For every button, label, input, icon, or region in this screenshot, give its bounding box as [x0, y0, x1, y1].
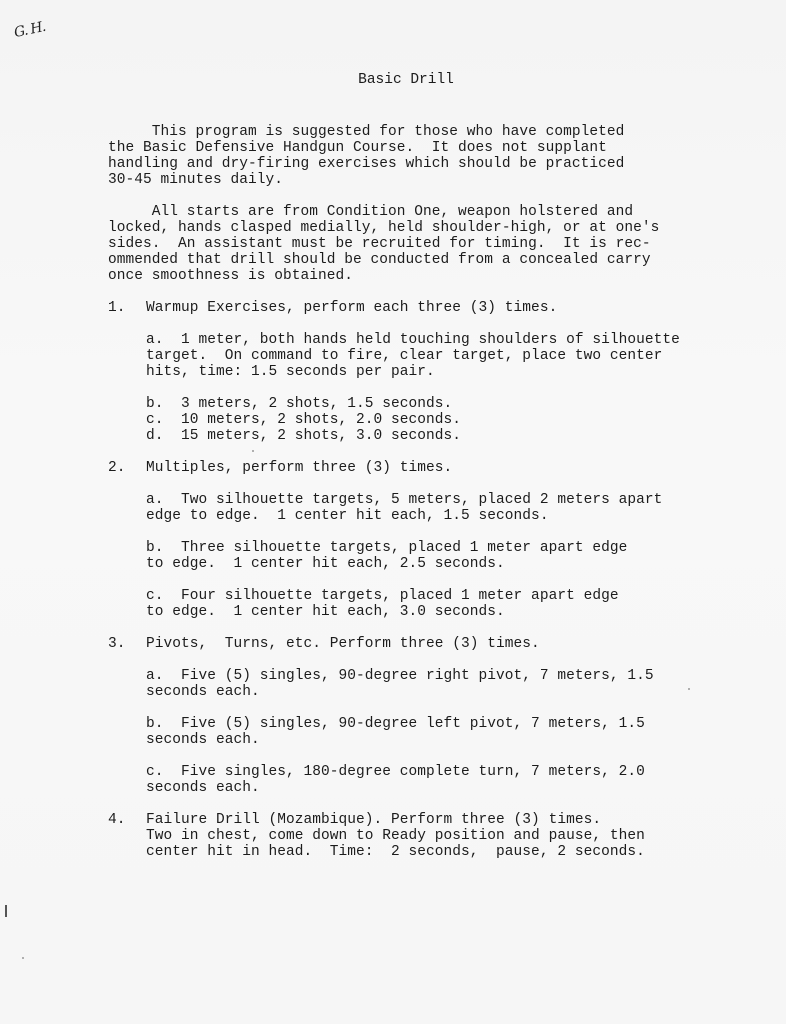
section-1-number: 1. — [108, 300, 126, 316]
section-2a-line-2: edge to edge. 1 center hit each, 1.5 sec… — [146, 508, 549, 524]
section-2b-line-1: b. Three silhouette targets, placed 1 me… — [146, 540, 627, 556]
section-4-heading: Failure Drill (Mozambique). Perform thre… — [146, 812, 601, 828]
section-3c-line-2: seconds each. — [146, 780, 260, 796]
section-3a-line-2: seconds each. — [146, 684, 260, 700]
intro-p1-line-3: handling and dry-firing exercises which … — [108, 156, 624, 172]
section-3-number: 3. — [108, 636, 126, 652]
section-1-heading: Warmup Exercises, perform each three (3)… — [146, 300, 557, 316]
section-1a-line-3: hits, time: 1.5 seconds per pair. — [146, 364, 435, 380]
section-4-number: 4. — [108, 812, 126, 828]
scan-speck — [22, 957, 24, 959]
section-2b-line-2: to edge. 1 center hit each, 2.5 seconds. — [146, 556, 505, 572]
scan-speck — [688, 688, 690, 690]
section-3c-line-1: c. Five singles, 180-degree complete tur… — [146, 764, 645, 780]
intro-p2-line-1: All starts are from Condition One, weapo… — [108, 204, 633, 220]
section-1b-line: b. 3 meters, 2 shots, 1.5 seconds. — [146, 396, 452, 412]
section-3-heading: Pivots, Turns, etc. Perform three (3) ti… — [146, 636, 540, 652]
section-1c-line: c. 10 meters, 2 shots, 2.0 seconds. — [146, 412, 461, 428]
section-3a-line-1: a. Five (5) singles, 90-degree right piv… — [146, 668, 654, 684]
section-3b-line-2: seconds each. — [146, 732, 260, 748]
section-3b-line-1: b. Five (5) singles, 90-degree left pivo… — [146, 716, 645, 732]
margin-mark — [5, 905, 7, 917]
intro-p2-line-3: sides. An assistant must be recruited fo… — [108, 236, 651, 252]
section-2c-line-2: to edge. 1 center hit each, 3.0 seconds. — [146, 604, 505, 620]
intro-p2-line-5: once smoothness is obtained. — [108, 268, 353, 284]
intro-p1-line-4: 30-45 minutes daily. — [108, 172, 283, 188]
section-1a-line-2: target. On command to fire, clear target… — [146, 348, 662, 364]
section-4-line-2: Two in chest, come down to Ready positio… — [146, 828, 645, 844]
intro-p1-line-2: the Basic Defensive Handgun Course. It d… — [108, 140, 607, 156]
intro-p1-line-1: This program is suggested for those who … — [108, 124, 624, 140]
section-1d-line: d. 15 meters, 2 shots, 3.0 seconds. — [146, 428, 461, 444]
handwritten-initials: G. H. — [13, 19, 47, 41]
scan-speck — [252, 450, 254, 452]
section-1a-line-1: a. 1 meter, both hands held touching sho… — [146, 332, 680, 348]
section-4-line-3: center hit in head. Time: 2 seconds, pau… — [146, 844, 645, 860]
section-2-number: 2. — [108, 460, 126, 476]
intro-p2-line-2: locked, hands clasped medially, held sho… — [108, 220, 659, 236]
section-2a-line-1: a. Two silhouette targets, 5 meters, pla… — [146, 492, 662, 508]
section-2-heading: Multiples, perform three (3) times. — [146, 460, 452, 476]
section-2c-line-1: c. Four silhouette targets, placed 1 met… — [146, 588, 619, 604]
document-page: G. H. Basic Drill This program is sugges… — [0, 0, 786, 1024]
intro-p2-line-4: ommended that drill should be conducted … — [108, 252, 651, 268]
document-title: Basic Drill — [0, 72, 786, 88]
